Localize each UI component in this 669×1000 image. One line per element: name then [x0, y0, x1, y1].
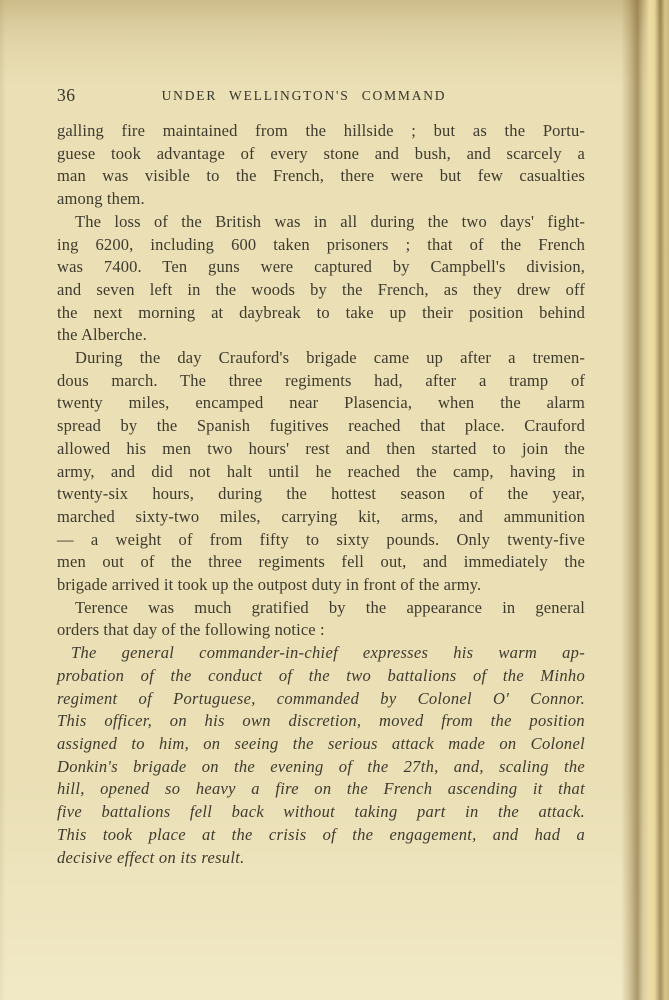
text-line: allowed his men two hours' rest and then…	[57, 438, 585, 461]
text-line: men out of the three regiments fell out,…	[57, 551, 585, 574]
paragraph: The loss of the British was in all durin…	[57, 211, 585, 347]
text-line: During the day Crauford's brigade came u…	[57, 347, 585, 370]
text-line: galling fire maintained from the hillsid…	[57, 120, 585, 143]
page-header: 36 UNDER WELLINGTON'S COMMAND	[57, 85, 585, 105]
text-line: the next morning at daybreak to take up …	[57, 302, 585, 325]
text-line: man was visible to the French, there wer…	[57, 165, 585, 188]
paragraph: galling fire maintained from the hillsid…	[57, 120, 585, 211]
text-line: hill, opened so heavy a fire on the Fren…	[57, 778, 585, 801]
text-line: marched sixty-two miles, carrying kit, a…	[57, 506, 585, 529]
text-line: and seven left in the woods by the Frenc…	[57, 279, 585, 302]
text-line: Terence was much gratified by the appear…	[57, 597, 585, 620]
general-orders-notice: The general commander-in-chief expresses…	[57, 642, 585, 869]
text-line: Donkin's brigade on the evening of the 2…	[57, 756, 585, 779]
text-line: This officer, on his own discretion, mov…	[57, 710, 585, 733]
paragraph: Terence was much gratified by the appear…	[57, 597, 585, 642]
text-line: guese took advantage of every stone and …	[57, 143, 585, 166]
book-page-scan: 36 UNDER WELLINGTON'S COMMAND galling fi…	[0, 0, 669, 1000]
text-line: among them.	[57, 188, 585, 211]
text-line: army, and did not halt until he reached …	[57, 461, 585, 484]
text-line: brigade arrived it took up the outpost d…	[57, 574, 585, 597]
text-line: decisive effect on its result.	[57, 847, 585, 870]
text-line: — a weight of from fifty to sixty pounds…	[57, 529, 585, 552]
page-gutter-shadow	[621, 0, 669, 1000]
text-line: the Alberche.	[57, 324, 585, 347]
text-line: twenty miles, encamped near Plasencia, w…	[57, 392, 585, 415]
text-line: orders that day of the following notice …	[57, 619, 585, 642]
text-line: regiment of Portuguese, commanded by Col…	[57, 688, 585, 711]
text-line: probation of the conduct of the two batt…	[57, 665, 585, 688]
text-line: spread by the Spanish fugitives reached …	[57, 415, 585, 438]
text-line: This took place at the crisis of the eng…	[57, 824, 585, 847]
text-line: The loss of the British was in all durin…	[57, 211, 585, 234]
text-line: twenty-six hours, during the hottest sea…	[57, 483, 585, 506]
text-line: The general commander-in-chief expresses…	[57, 642, 585, 665]
text-line: dous march. The three regiments had, aft…	[57, 370, 585, 393]
running-title: UNDER WELLINGTON'S COMMAND	[40, 85, 568, 104]
paragraph: During the day Crauford's brigade came u…	[57, 347, 585, 597]
text-line: ing 6200, including 600 taken prisoners …	[57, 234, 585, 257]
text-line: five battalions fell back without taking…	[57, 801, 585, 824]
text-line: was 7400. Ten guns were captured by Camp…	[57, 256, 585, 279]
body-text: galling fire maintained from the hillsid…	[57, 120, 585, 869]
text-line: assigned to him, on seeing the serious a…	[57, 733, 585, 756]
